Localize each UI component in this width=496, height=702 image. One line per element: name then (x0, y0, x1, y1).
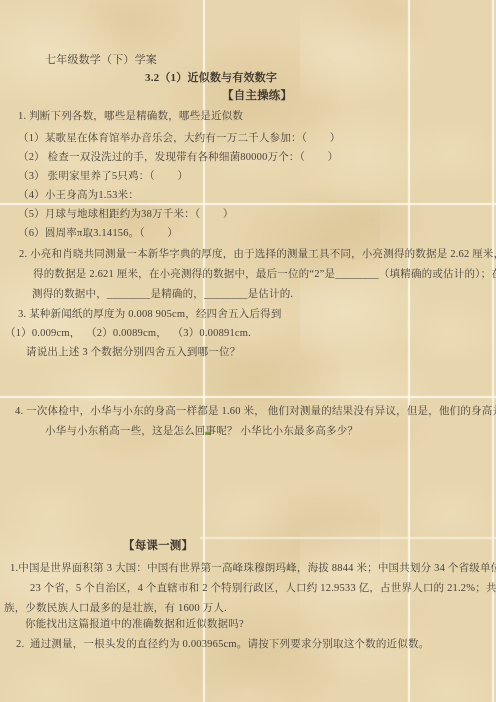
q1-item-6: （6）圆周率π取3.14156。（ ） (18, 227, 178, 240)
texture-seam-horizontal-3 (200, 537, 496, 539)
q1-item-4: （4）小王身高为1.53米： (18, 189, 139, 202)
q2-line-3: 测得的数据中，________是精确的，________是估计的. (32, 288, 293, 301)
q2-line-2: 得的数据是 2.621 厘米，在小亮测得的数据中，最后一位的“2”是______… (33, 268, 496, 281)
q1-item-1: （1）某歌星在体育馆举办音乐会，大约有一万二千人参加：（ ） (18, 132, 340, 145)
test-section-heading: 【每课一测】 (123, 540, 193, 553)
q1-item-5: （5）月球与地球相距约为38万千米：（ ） (18, 208, 234, 221)
q3-line-1: 3. 某种新闻纸的厚度为 0.008 905cm，经四舍五入后得到 (18, 308, 282, 321)
practice-section-heading: 【自主操练】 (222, 90, 292, 103)
lesson-title: 3.2（1）近似数与有效数字 (145, 72, 277, 85)
t1-line-3: 族，少数民族人口最多的是壮族，有 1600 万人. (4, 602, 227, 615)
q2-line-1: 2. 小亮和肖晓共同测量一本新华字典的厚度，由于选择的测量工具不同，小亮测得的数… (19, 248, 496, 261)
texture-seam-horizontal-2 (0, 396, 496, 398)
texture-seam-vertical-2 (408, 0, 410, 702)
q1-stem: 1. 判断下列各数，哪些是精确数，哪些是近似数 (18, 110, 243, 123)
t1-line-4: 你能找出这篇报道中的准确数据和近似数据吗? (25, 618, 244, 631)
q4-line-2: 小华与小东稍高一些，这是怎么回事呢？ 小华比小东最多高多少？ (45, 425, 358, 438)
t2-line-1: 2. 通过测量，一根头发的直径约为 0.003965cm。请按下列要求分别取这个… (16, 638, 429, 651)
q3-line-3: 请说出上述 3 个数据分别四舍五入到哪一位？ (26, 346, 240, 359)
t1-line-1: 1.中国是世界面积第 3 大国：中国有世界第一高峰珠穆朗玛峰，海拔 8844 米… (10, 562, 496, 575)
texture-seam-horizontal-1 (0, 203, 496, 205)
q1-item-2: （2） 检查一双没洗过的手，发现带有各种细菌80000万个：（ ） (18, 151, 338, 164)
worksheet-page: 七年级数学（下）学案3.2（1）近似数与有效数字【自主操练】1. 判断下列各数，… (0, 0, 496, 702)
q1-item-3: （3） 张明家里养了5只鸡：（ ） (18, 170, 188, 183)
t1-line-2: 23 个省，5 个自治区，4 个直辖市和 2 个特别行政区，人口约 12.953… (30, 582, 496, 595)
q4-line-1: 4. 一次体检中，小华与小东的身高一样都是 1.60 米， 他们对测量的结果没有… (15, 405, 496, 418)
texture-seam-vertical-3 (492, 0, 494, 702)
doc-header: 七年级数学（下）学案 (45, 54, 157, 67)
q3-line-2: （1）0.009cm， （2）0.0089cm， （3）0.00891cm. (5, 327, 251, 340)
